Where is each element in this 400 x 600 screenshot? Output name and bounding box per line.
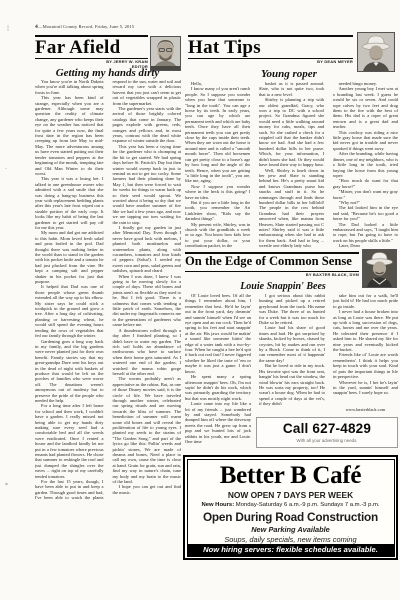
cafe-ad-open-line: NOW OPEN 7 DAYS PER WEEK	[188, 490, 394, 500]
cafe-ad-parking-line: New Parking Available	[188, 525, 394, 534]
dean-meyer-headshot	[357, 32, 395, 72]
cafe-ad-hours: New Hours: Monday-Saturday 6 a.m.-9 p.m.…	[188, 502, 394, 508]
cafe-ad-road-line: Open During Road Construction	[188, 510, 394, 524]
jerry-kram-headshot	[150, 36, 181, 71]
margin-mark-top: ¦	[7, 25, 9, 32]
margin-mark-bottom: *	[5, 482, 8, 489]
hat-tips-column-3: needed bingo money.Another young boy I m…	[333, 81, 398, 248]
common-sense-column-2: I got serious about this rabbit hunting …	[259, 293, 325, 415]
hat-tips-body: Hello,I know many of you aren't ranch pe…	[185, 81, 398, 248]
folio-text: —Mountrail County Record, Friday, June 5…	[38, 24, 134, 29]
common-sense-column-3: take him out for a walk, he'll just hold…	[333, 293, 398, 405]
call-ad-tagline: With all your advertising needs.	[257, 438, 397, 443]
cafe-ad-name: Better B Café	[188, 463, 394, 488]
cafe-ad-hiring-banner: Now hiring servers: flexible schedules a…	[188, 544, 394, 556]
common-sense-column-1: Ol' Louie loved bees. Of all the things …	[185, 293, 251, 453]
hat-tips-column-2: basket as it is passed around. Slate, wh…	[259, 81, 324, 248]
far-afield-headline: Getting my hands dirty	[35, 67, 180, 79]
call-ad-phone: Call 627-4829	[257, 422, 397, 436]
hat-tips-title: Hat Tips	[188, 38, 261, 57]
page-folio: 4—Mountrail County Record, Friday, June …	[35, 24, 134, 30]
common-sense-byline: BY BAXTER BLACK, DVM	[185, 273, 359, 278]
cafe-ad-inner-border: Better B Café NOW OPEN 7 DAYS PER WEEK N…	[187, 459, 395, 557]
baxter-black-website: www.baxterblack.com	[333, 407, 398, 412]
hat-tips-column-1: Hello,I know many of you aren't ranch pe…	[185, 81, 250, 248]
hat-tips-byline: BY DEAN MEYER	[188, 60, 353, 65]
far-afield-title: Far Afield	[35, 38, 121, 57]
cafe-ad-hours-label: New Hours:	[201, 502, 234, 508]
better-b-cafe-ad: Better B Café NOW OPEN 7 DAYS PER WEEK N…	[183, 455, 398, 560]
hat-tips-headline: Young roper	[185, 68, 393, 80]
far-afield-body: You know you're in North Dakota when you…	[35, 79, 181, 546]
call-advertising-ad: Call 627-4829 With all your advertising …	[256, 417, 398, 448]
cafe-ad-soups-line: Soups, daily specials, new items coming	[188, 535, 394, 544]
cafe-ad-hours-text: Monday-Saturday 6 a.m.-9 p.m. Sundays 7 …	[234, 502, 379, 508]
newspaper-page: ¦ · * 4—Mountrail County Record, Friday,…	[0, 0, 400, 600]
common-sense-title: On the Edge of Common Sense	[185, 255, 359, 268]
common-sense-headline: Louie Snappin' Bees	[185, 281, 381, 292]
margin-mark-middle: ·	[5, 166, 7, 173]
